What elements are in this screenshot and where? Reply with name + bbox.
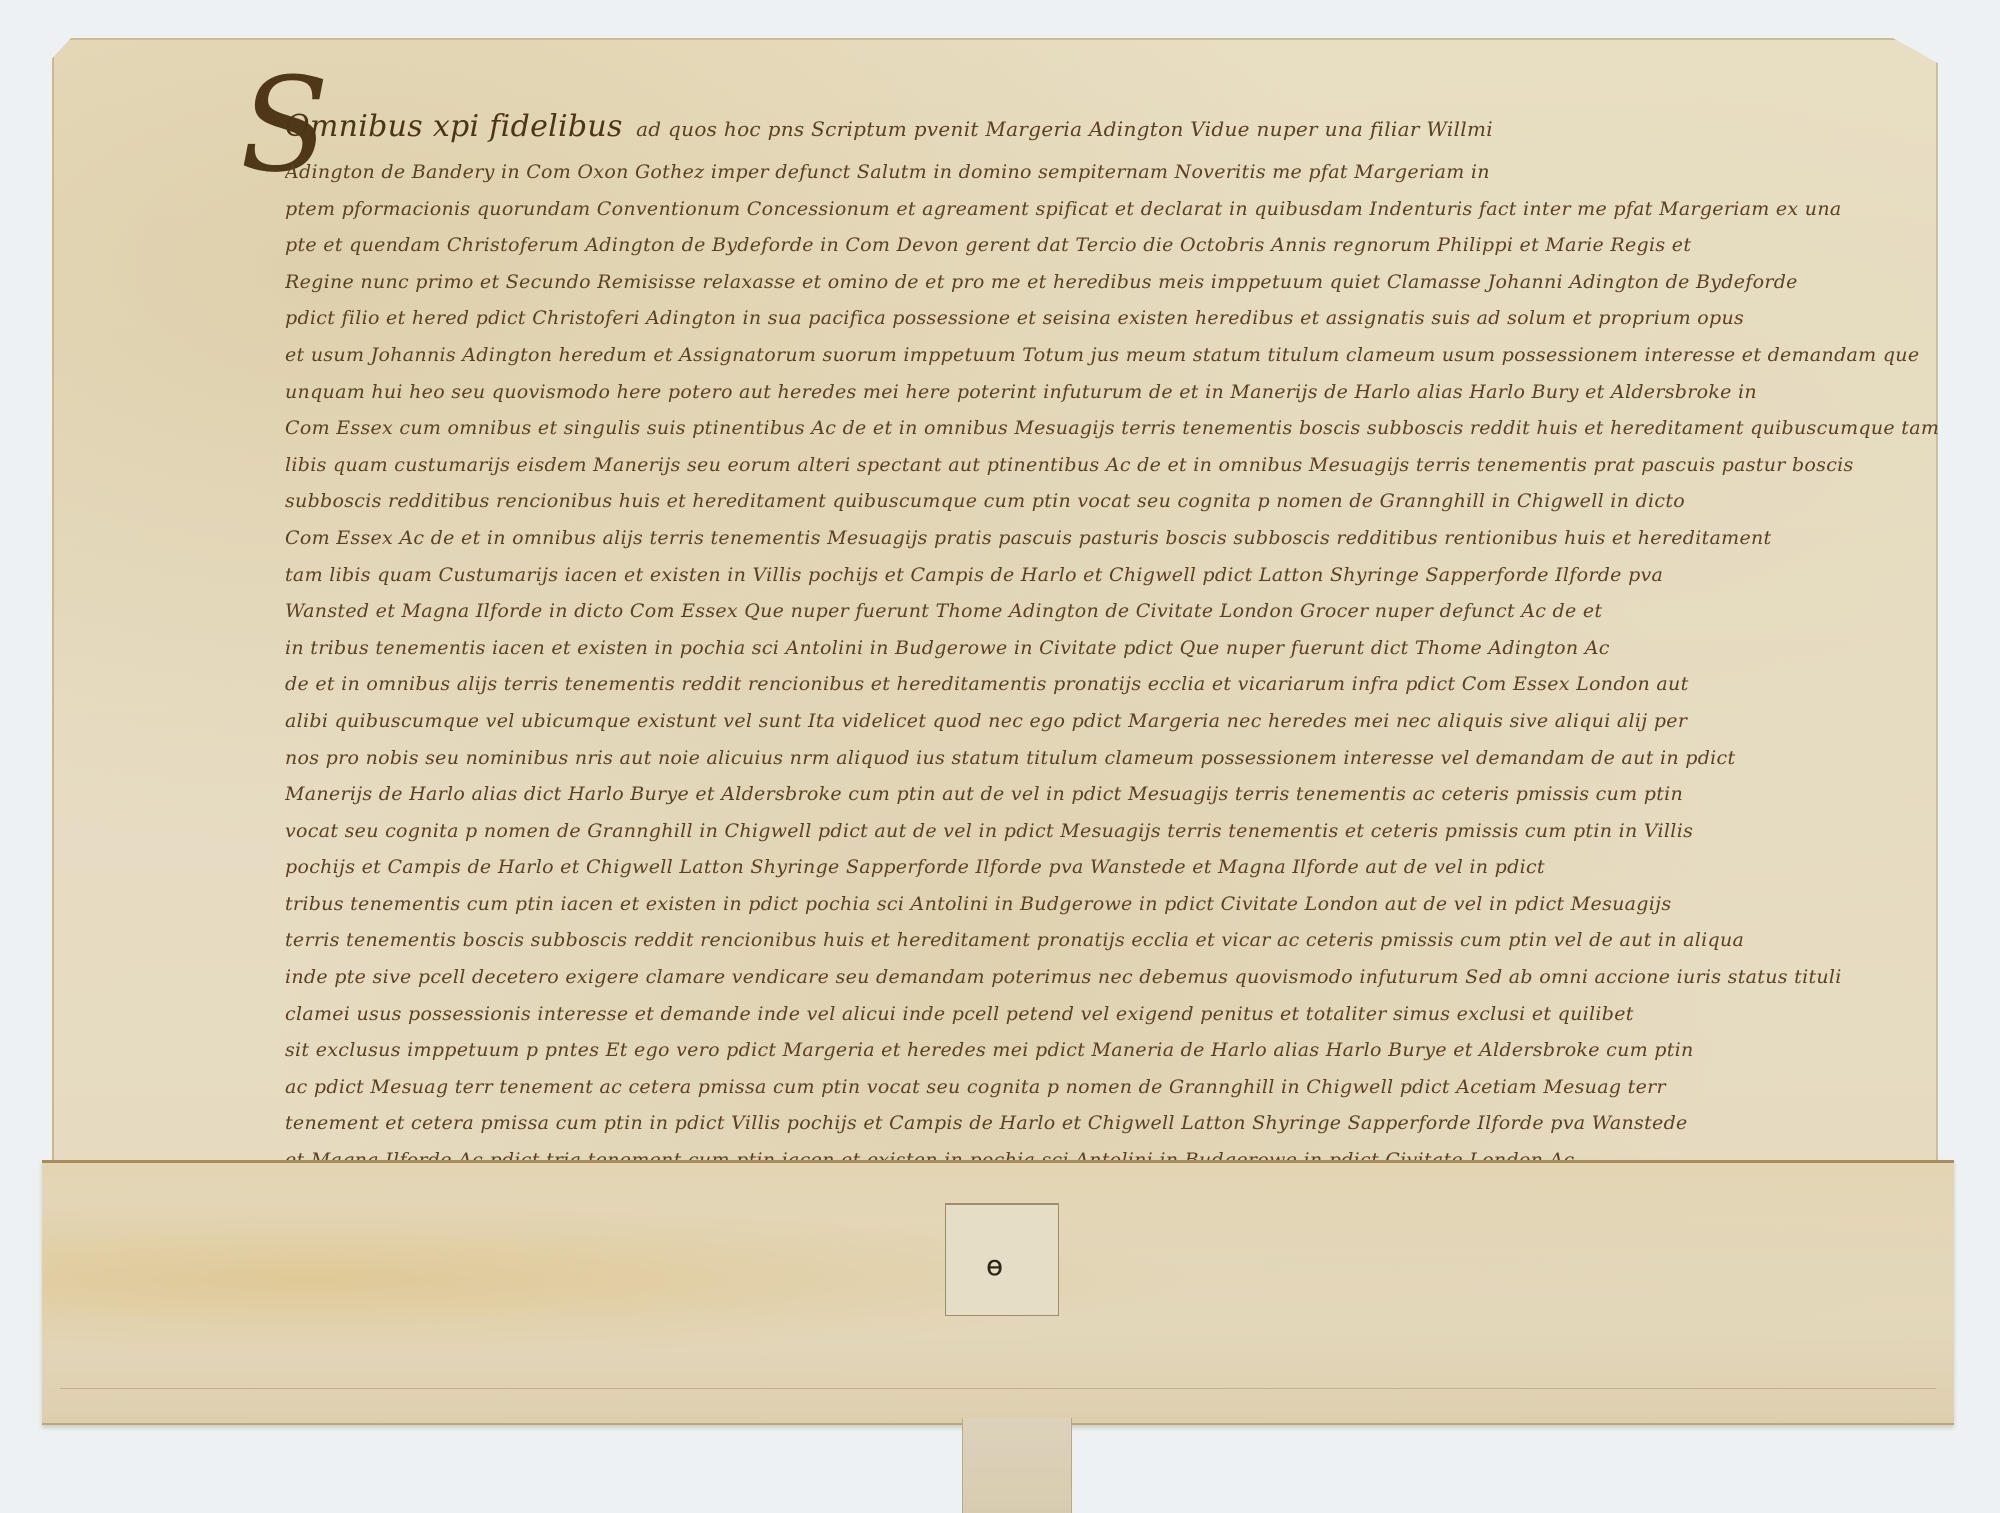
- text-line-9: libis quam custumarijs eisdem Manerijs s…: [285, 447, 1945, 484]
- text-line-17: nos pro nobis seu nominibus nris aut noi…: [285, 740, 1945, 777]
- text-line-2: ptem pformacionis quorundam Conventionum…: [285, 191, 1945, 228]
- text-line-14: in tribus tenementis iacen et existen in…: [285, 630, 1945, 667]
- seal-slit-patch: ɵ: [945, 1203, 1059, 1316]
- text-line-4: Regine nunc primo et Secundo Remisisse r…: [285, 264, 1945, 301]
- text-line-15: de et in omnibus alijs terris tenementis…: [285, 666, 1945, 703]
- seal-tag: [962, 1418, 1072, 1513]
- text-line-22: terris tenementis boscis subboscis reddi…: [285, 922, 1945, 959]
- text-line-23: inde pte sive pcell decetero exigere cla…: [285, 959, 1945, 996]
- text-line-10: subboscis redditibus rencionibus huis et…: [285, 483, 1945, 520]
- line-text: ad quos hoc pns Scriptum pvenit Margeria…: [636, 117, 1493, 141]
- plica-crease: [60, 1388, 1936, 1389]
- text-line-8: Com Essex cum omnibus et singulis suis p…: [285, 410, 1945, 447]
- slit-mark-icon: ɵ: [986, 1249, 1003, 1282]
- text-line-5: pdict filio et hered pdict Christoferi A…: [285, 300, 1945, 337]
- text-line-3: pte et quendam Christoferum Adington de …: [285, 227, 1945, 264]
- text-line-6: et usum Johannis Adington heredum et Ass…: [285, 337, 1945, 374]
- text-line-20: pochijs et Campis de Harlo et Chigwell L…: [285, 849, 1945, 886]
- text-line-1: Adington de Bandery in Com Oxon Gothez i…: [285, 154, 1945, 191]
- text-line-12: tam libis quam Custumarijs iacen et exis…: [285, 557, 1945, 594]
- text-line-26: ac pdict Mesuag terr tenement ac cetera …: [285, 1069, 1945, 1106]
- text-line-19: vocat seu cognita p nomen de Grannghill …: [285, 813, 1945, 850]
- text-line-18: Manerijs de Harlo alias dict Harlo Burye…: [285, 776, 1945, 813]
- text-line-24: clamei usus possessionis interesse et de…: [285, 996, 1945, 1033]
- text-line-7: unquam hui heo seu quovismodo here poter…: [285, 374, 1945, 411]
- text-line-13: Wansted et Magna Ilforde in dicto Com Es…: [285, 593, 1945, 630]
- text-line-0: Omnibus xpi fidelibus ad quos hoc pns Sc…: [285, 100, 1945, 154]
- text-line-21: tribus tenementis cum ptin iacen et exis…: [285, 886, 1945, 923]
- text-line-25: sit exclusus imppetuum p pntes Et ego ve…: [285, 1032, 1945, 1069]
- text-line-27: tenement et cetera pmissa cum ptin in pd…: [285, 1105, 1945, 1142]
- text-line-11: Com Essex Ac de et in omnibus alijs terr…: [285, 520, 1945, 557]
- opening-words: Omnibus xpi fidelibus: [285, 109, 623, 144]
- text-line-16: alibi quibuscumque vel ubicumque existun…: [285, 703, 1945, 740]
